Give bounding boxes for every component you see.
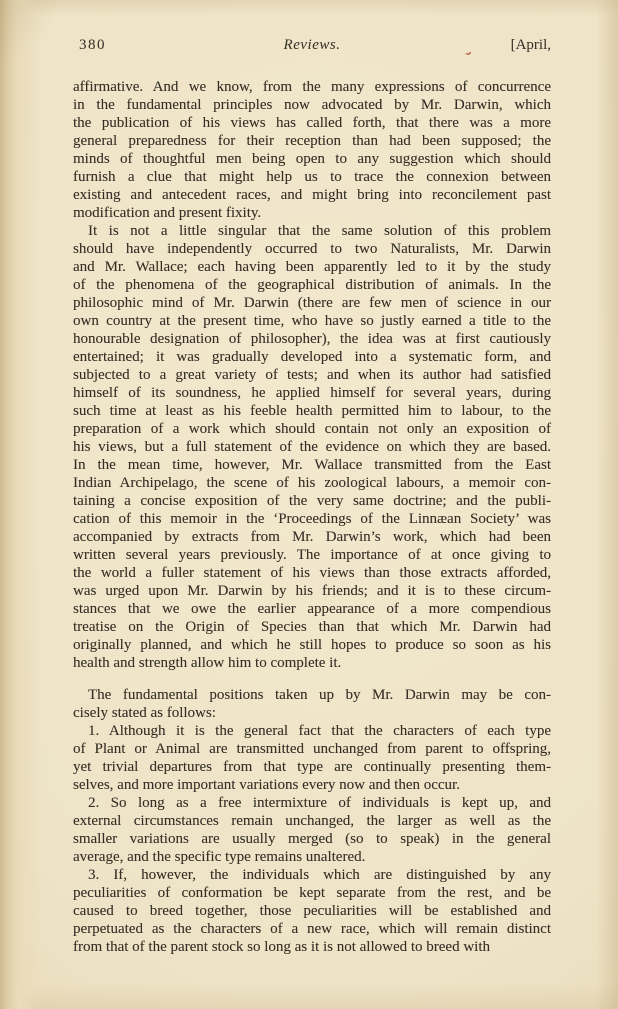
- text-line: The fundamental positions taken up by Mr…: [73, 686, 551, 704]
- text-line: affirmative. And we know, from the many …: [73, 78, 551, 96]
- paragraph: 1. Although it is the general fact that …: [73, 722, 551, 794]
- text-body: affirmative. And we know, from the many …: [73, 78, 551, 956]
- text-line: furnish a clue that might help us to tra…: [73, 168, 551, 186]
- text-line: Indian Archipelago, the scene of his zoo…: [73, 474, 551, 492]
- text-line: own country at the present time, who hav…: [73, 312, 551, 330]
- text-line: smaller variations are usually merged (s…: [73, 830, 551, 848]
- text-line: from that of the parent stock so long as…: [73, 938, 551, 956]
- text-line: of the phenomena of the geographical dis…: [73, 276, 551, 294]
- paragraph: 2. So long as a free intermixture of ind…: [73, 794, 551, 866]
- running-header: 380 Reviews. [April,: [73, 36, 551, 54]
- text-line: honourable designation of philosopher), …: [73, 330, 551, 348]
- text-line: the world a fuller statement of his view…: [73, 564, 551, 582]
- text-line: philosophic mind of Mr. Darwin (there ar…: [73, 294, 551, 312]
- text-line: modification and present fixity.: [73, 204, 551, 222]
- text-line: selves, and more important variations ev…: [73, 776, 551, 794]
- text-line: treatise on the Origin of Species than t…: [73, 618, 551, 636]
- issue-label: [April,: [511, 36, 551, 54]
- text-line: caused to breed together, those peculiar…: [73, 902, 551, 920]
- paragraph: 3. If, however, the individuals which ar…: [73, 866, 551, 956]
- text-line: such time at least as his feeble health …: [73, 402, 551, 420]
- text-line: cation of this memoir in the ‘Proceeding…: [73, 510, 551, 528]
- text-line: his views, but a full statement of the e…: [73, 438, 551, 456]
- text-line: general preparedness for their reception…: [73, 132, 551, 150]
- text-line: in the fundamental principles now advoca…: [73, 96, 551, 114]
- text-line: the publication of his views has called …: [73, 114, 551, 132]
- paragraph: It is not a little singular that the sam…: [73, 222, 551, 672]
- text-line: existing and antecedent races, and might…: [73, 186, 551, 204]
- text-line: yet trivial departures from that type ar…: [73, 758, 551, 776]
- text-line: himself of its soundness, he applied him…: [73, 384, 551, 402]
- text-line: and Mr. Wallace; each having been appare…: [73, 258, 551, 276]
- text-line: 3. If, however, the individuals which ar…: [73, 866, 551, 884]
- text-line: entertained; it was gradually developed …: [73, 348, 551, 366]
- text-line: minds of thoughtful men being open to an…: [73, 150, 551, 168]
- text-line: taining a concise exposition of the very…: [73, 492, 551, 510]
- text-line: cisely stated as follows:: [73, 704, 551, 722]
- text-line: external circumstances remain unchanged,…: [73, 812, 551, 830]
- text-line: was urged upon Mr. Darwin by his friends…: [73, 582, 551, 600]
- text-line: average, and the specific type remains u…: [73, 848, 551, 866]
- section-title: Reviews.: [73, 36, 551, 54]
- text-line: perpetuated as the characters of a new r…: [73, 920, 551, 938]
- paragraph: The fundamental positions taken up by Mr…: [73, 686, 551, 722]
- page-content: 380 Reviews. [April, affirmative. And we…: [73, 36, 551, 956]
- text-line: of Plant or Animal are transmitted uncha…: [73, 740, 551, 758]
- text-line: In the mean time, however, Mr. Wallace t…: [73, 456, 551, 474]
- text-line: health and strength allow him to complet…: [73, 654, 551, 672]
- text-line: accompanied by extracts from Mr. Darwin’…: [73, 528, 551, 546]
- text-line: subjected to a great variety of tests; a…: [73, 366, 551, 384]
- text-line: written several years previously. The im…: [73, 546, 551, 564]
- text-line: 2. So long as a free intermixture of ind…: [73, 794, 551, 812]
- text-line: It is not a little singular that the sam…: [73, 222, 551, 240]
- text-line: stances that we owe the earlier appearan…: [73, 600, 551, 618]
- text-line: peculiarities of conformation be kept se…: [73, 884, 551, 902]
- text-line: originally planned, and which he still h…: [73, 636, 551, 654]
- text-line: preparation of a work which should conta…: [73, 420, 551, 438]
- paragraph: affirmative. And we know, from the many …: [73, 78, 551, 222]
- text-line: should have independently occurred to tw…: [73, 240, 551, 258]
- text-line: 1. Although it is the general fact that …: [73, 722, 551, 740]
- scanned-book-page: 380 Reviews. [April, affirmative. And we…: [0, 0, 618, 1009]
